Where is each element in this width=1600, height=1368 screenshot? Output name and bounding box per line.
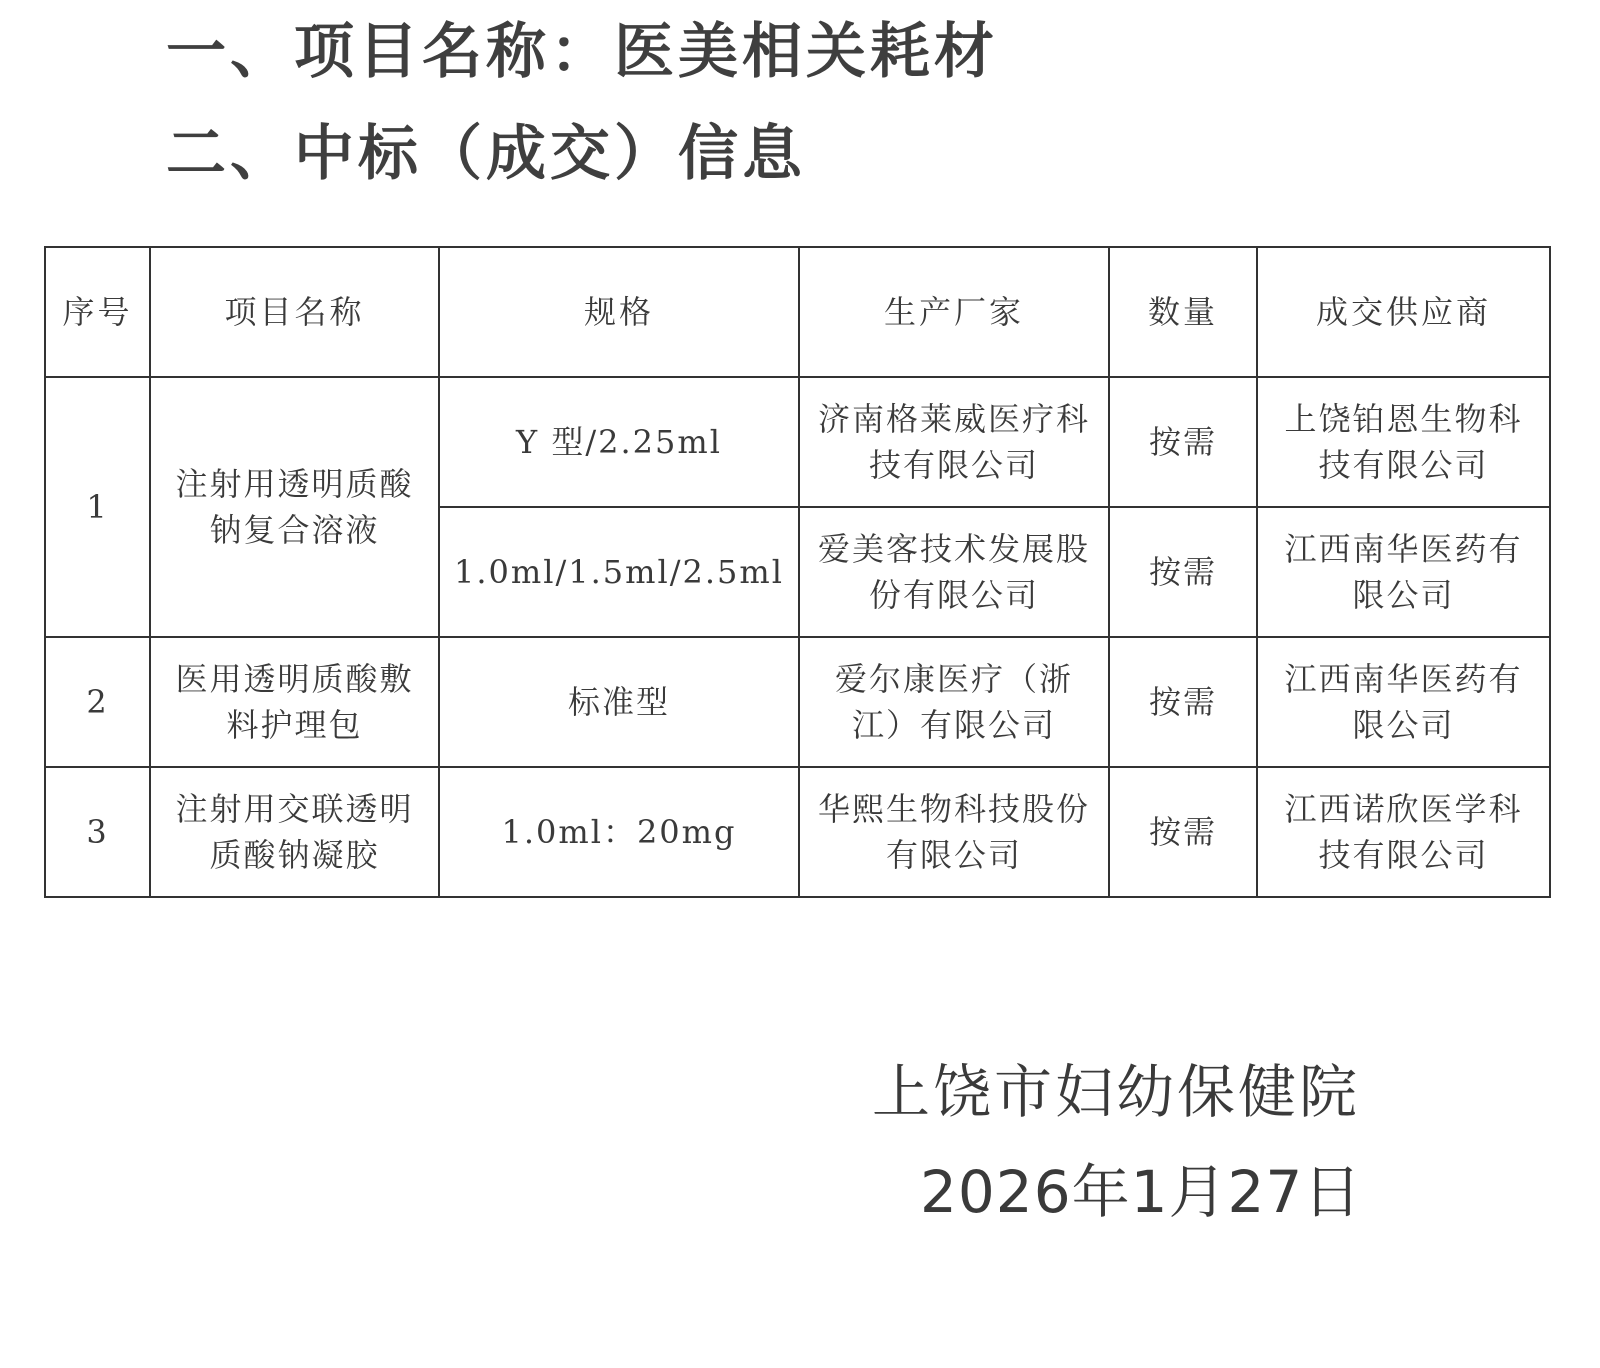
- cell-index: 1: [45, 377, 150, 637]
- signature-organization: 上饶市妇幼保健院: [872, 1063, 1360, 1121]
- table-row: 1 注射用透明质酸钠复合溶液 Y 型/2.25ml 济南格莱威医疗科技有限公司 …: [45, 377, 1550, 507]
- cell-quantity: 按需: [1109, 507, 1257, 637]
- section-heading-project-name: 一、项目名称：医美相关耗材: [166, 22, 998, 82]
- cell-manufacturer: 济南格莱威医疗科技有限公司: [799, 377, 1109, 507]
- cell-quantity: 按需: [1109, 377, 1257, 507]
- cell-supplier: 江西诺欣医学科技有限公司: [1257, 767, 1550, 897]
- column-header-project-name: 项目名称: [150, 247, 439, 377]
- cell-quantity: 按需: [1109, 637, 1257, 767]
- column-header-spec: 规格: [439, 247, 799, 377]
- cell-spec: Y 型/2.25ml: [439, 377, 799, 507]
- column-header-supplier: 成交供应商: [1257, 247, 1550, 377]
- signature-date: 2026年1月27日: [920, 1163, 1362, 1221]
- award-table: 序号 项目名称 规格 生产厂家 数量 成交供应商 1 注射用透明质酸钠复合溶液 …: [44, 246, 1551, 898]
- cell-spec: 标准型: [439, 637, 799, 767]
- cell-manufacturer: 爱尔康医疗（浙江）有限公司: [799, 637, 1109, 767]
- cell-index: 2: [45, 637, 150, 767]
- cell-index: 3: [45, 767, 150, 897]
- table-header-row: 序号 项目名称 规格 生产厂家 数量 成交供应商: [45, 247, 1550, 377]
- table-row: 3 注射用交联透明质酸钠凝胶 1.0ml：20mg 华熙生物科技股份有限公司 按…: [45, 767, 1550, 897]
- cell-project-name: 注射用交联透明质酸钠凝胶: [150, 767, 439, 897]
- column-header-quantity: 数量: [1109, 247, 1257, 377]
- table-row: 2 医用透明质酸敷料护理包 标准型 爱尔康医疗（浙江）有限公司 按需 江西南华医…: [45, 637, 1550, 767]
- cell-manufacturer: 爱美客技术发展股份有限公司: [799, 507, 1109, 637]
- section-heading-award-info: 二、中标（成交）信息: [166, 124, 806, 184]
- cell-supplier: 上饶铂恩生物科技有限公司: [1257, 377, 1550, 507]
- cell-project-name: 医用透明质酸敷料护理包: [150, 637, 439, 767]
- cell-supplier: 江西南华医药有限公司: [1257, 637, 1550, 767]
- column-header-manufacturer: 生产厂家: [799, 247, 1109, 377]
- cell-supplier: 江西南华医药有限公司: [1257, 507, 1550, 637]
- cell-quantity: 按需: [1109, 767, 1257, 897]
- cell-spec: 1.0ml/1.5ml/2.5ml: [439, 507, 799, 637]
- cell-project-name: 注射用透明质酸钠复合溶液: [150, 377, 439, 637]
- column-header-index: 序号: [45, 247, 150, 377]
- cell-manufacturer: 华熙生物科技股份有限公司: [799, 767, 1109, 897]
- cell-spec: 1.0ml：20mg: [439, 767, 799, 897]
